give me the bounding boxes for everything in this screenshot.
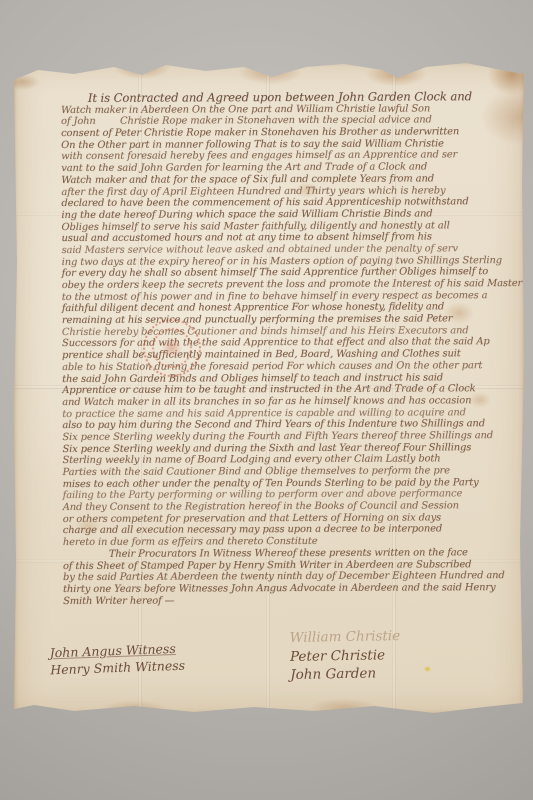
document-line: consent of Peter Christie Rope maker in … <box>61 126 527 140</box>
document-line: declared to have been the commencement o… <box>61 196 527 210</box>
document-line: thirty one Years before Witnesses John A… <box>63 582 529 596</box>
signature-william-christie: William Christie <box>290 627 401 647</box>
yellow-speck <box>424 666 431 672</box>
document-line: or others competent for preservation and… <box>63 512 529 526</box>
document-line: Six pence Sterling weekly during the Fou… <box>62 430 528 444</box>
document-line: able to his Station during the foresaid … <box>62 360 528 374</box>
document-line: Smith Writer hereof — <box>63 594 529 608</box>
document-line: ing two days at the expiry hereof or in … <box>62 255 528 269</box>
document-line: after the first day of April Eighteen Hu… <box>61 184 527 198</box>
photo-backdrop: It is Contracted and Agreed upon between… <box>0 0 533 800</box>
document-line: to the utmost of his power and in fine t… <box>62 290 528 304</box>
document-line: Parties with the said Cautioner Bind and… <box>63 465 529 479</box>
document-line: Successors for and with the the said App… <box>62 336 528 350</box>
document-line: vant to the said John Garden for learnin… <box>61 161 527 175</box>
document-line: hereto in due form as effeirs and theret… <box>63 535 529 549</box>
document-line: to practice the same and his said Appren… <box>62 407 528 421</box>
document-line: of John Christie Rope maker in Stonehave… <box>61 114 527 128</box>
witness-signatures: John Angus Witness Henry Smith Witness <box>49 640 185 679</box>
party-signatures: William Christie Peter Christie John Gar… <box>290 627 401 684</box>
signature-john-garden: John Garden <box>290 664 401 684</box>
document-body-text: It is Contracted and Agreed upon between… <box>61 91 529 607</box>
document-line: by the said Parties At Aberdeen the twen… <box>63 570 529 584</box>
document-line: Obliges himself to serve his said Master… <box>61 220 527 234</box>
document-sheet: It is Contracted and Agreed upon between… <box>14 62 524 714</box>
signature-peter-christie: Peter Christie <box>290 646 401 666</box>
signature-henry-smith: Henry Smith Witness <box>50 657 185 679</box>
